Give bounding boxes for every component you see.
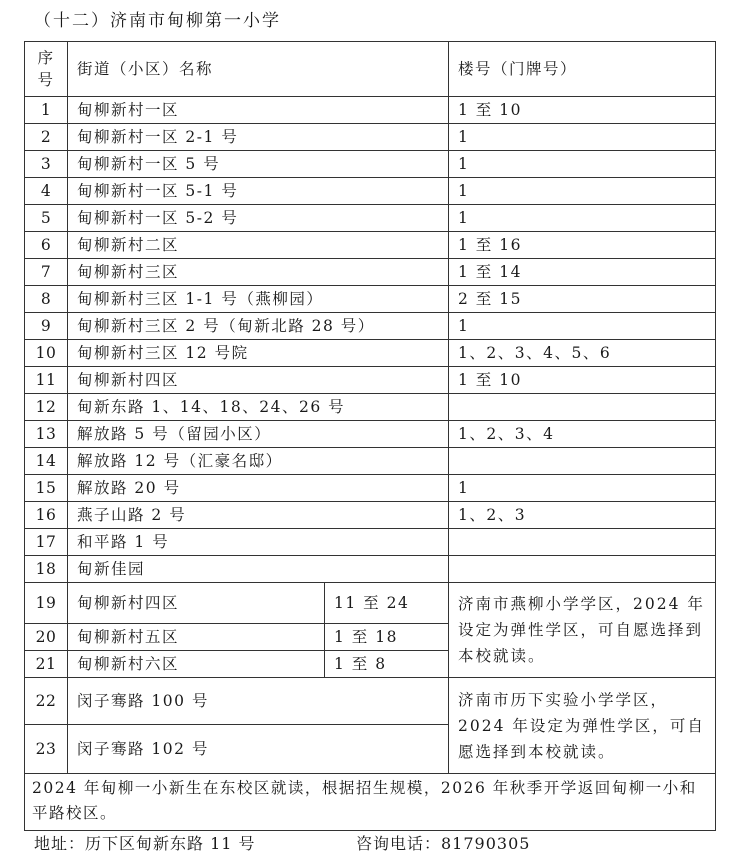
row-number: 1 至 16 (449, 232, 716, 259)
table-row: 14解放路 12 号（汇豪名邸） (25, 448, 716, 475)
row-name: 燕子山路 2 号 (68, 502, 449, 529)
table-row: 6甸柳新村二区1 至 16 (25, 232, 716, 259)
row-number: 1 (449, 313, 716, 340)
row-number: 1 (449, 151, 716, 178)
row-number (449, 448, 716, 475)
phone: 咨询电话：81790305 (356, 832, 530, 856)
row-index: 6 (25, 232, 68, 259)
row-index: 14 (25, 448, 68, 475)
table-row: 9甸柳新村三区 2 号（甸新北路 28 号）1 (25, 313, 716, 340)
row-number: 1 (449, 205, 716, 232)
table-row: 18甸新佳园 (25, 556, 716, 583)
table-row: 17和平路 1 号 (25, 529, 716, 556)
row-number: 1 至 10 (449, 367, 716, 394)
table-row: 19 甸柳新村四区 11 至 24 济南市燕柳小学学区，2024 年设定为弹性学… (25, 583, 716, 624)
row-number: 1 至 14 (449, 259, 716, 286)
row-index: 17 (25, 529, 68, 556)
row-number (449, 529, 716, 556)
row-index: 16 (25, 502, 68, 529)
row-name: 解放路 12 号（汇豪名邸） (68, 448, 449, 475)
row-name: 甸柳新村三区 (68, 259, 449, 286)
row-number: 1 (449, 124, 716, 151)
address: 地址：历下区甸新东路 11 号 (34, 834, 256, 853)
row-name: 甸柳新村五区 (68, 624, 325, 651)
table-header-row: 序号 街道（小区）名称 楼号（门牌号） (25, 42, 716, 97)
row-name: 甸柳新村三区 2 号（甸新北路 28 号） (68, 313, 449, 340)
row-number: 1、2、3、4、5、6 (449, 340, 716, 367)
section-title: （十二）济南市甸柳第一小学 (34, 8, 281, 34)
table-row: 15解放路 20 号1 (25, 475, 716, 502)
row-name: 甸柳新村二区 (68, 232, 449, 259)
row-index: 12 (25, 394, 68, 421)
row-index: 19 (25, 583, 68, 624)
table-row: 4甸柳新村一区 5-1 号1 (25, 178, 716, 205)
row-index: 18 (25, 556, 68, 583)
row-index: 13 (25, 421, 68, 448)
row-name: 甸柳新村三区 1-1 号（燕柳园） (68, 286, 449, 313)
row-name: 甸柳新村一区 5 号 (68, 151, 449, 178)
row-index: 23 (25, 725, 68, 774)
row-name: 甸新东路 1、14、18、24、26 号 (68, 394, 449, 421)
school-zone-table: 序号 街道（小区）名称 楼号（门牌号） 1甸柳新村一区1 至 10 2甸柳新村一… (24, 41, 716, 831)
row-index: 5 (25, 205, 68, 232)
row-name: 甸柳新村一区 2-1 号 (68, 124, 449, 151)
row-name: 甸柳新村一区 5-2 号 (68, 205, 449, 232)
row-number: 11 至 24 (325, 583, 449, 624)
row-number (449, 394, 716, 421)
row-name: 和平路 1 号 (68, 529, 449, 556)
table-row: 2甸柳新村一区 2-1 号1 (25, 124, 716, 151)
row-name: 甸柳新村四区 (68, 583, 325, 624)
row-name: 闵子骞路 102 号 (68, 725, 449, 774)
row-number: 1、2、3 (449, 502, 716, 529)
row-name: 甸柳新村一区 (68, 97, 449, 124)
table-row: 11甸柳新村四区1 至 10 (25, 367, 716, 394)
row-name: 解放路 20 号 (68, 475, 449, 502)
table-row: 12甸新东路 1、14、18、24、26 号 (25, 394, 716, 421)
table-row: 3甸柳新村一区 5 号1 (25, 151, 716, 178)
row-index: 21 (25, 651, 68, 678)
row-index: 15 (25, 475, 68, 502)
row-name: 解放路 5 号（留园小区） (68, 421, 449, 448)
row-name: 甸柳新村三区 12 号院 (68, 340, 449, 367)
footnote: 2024 年甸柳一小新生在东校区就读，根据招生规模，2026 年秋季开学返回甸柳… (25, 774, 716, 831)
table-row: 16燕子山路 2 号1、2、3 (25, 502, 716, 529)
row-index: 1 (25, 97, 68, 124)
row-number: 1 至 18 (325, 624, 449, 651)
row-number: 1 (449, 178, 716, 205)
table-row: 7甸柳新村三区1 至 14 (25, 259, 716, 286)
row-name: 甸柳新村六区 (68, 651, 325, 678)
row-name: 甸柳新村一区 5-1 号 (68, 178, 449, 205)
row-name: 甸柳新村四区 (68, 367, 449, 394)
row-number: 1 至 8 (325, 651, 449, 678)
row-index: 11 (25, 367, 68, 394)
row-index: 2 (25, 124, 68, 151)
table-row: 10甸柳新村三区 12 号院1、2、3、4、5、6 (25, 340, 716, 367)
row-number: 2 至 15 (449, 286, 716, 313)
table-row: 1甸柳新村一区1 至 10 (25, 97, 716, 124)
row-index: 9 (25, 313, 68, 340)
row-number: 1 (449, 475, 716, 502)
row-number (449, 556, 716, 583)
table-row: 13解放路 5 号（留园小区）1、2、3、4 (25, 421, 716, 448)
flex-zone-note: 济南市燕柳小学学区，2024 年设定为弹性学区，可自愿选择到本校就读。 (449, 583, 716, 678)
row-number: 1、2、3、4 (449, 421, 716, 448)
row-index: 7 (25, 259, 68, 286)
row-index: 8 (25, 286, 68, 313)
row-number: 1 至 10 (449, 97, 716, 124)
contact-footer: 地址：历下区甸新东路 11 号 咨询电话：81790305 (34, 832, 256, 856)
table-row: 8甸柳新村三区 1-1 号（燕柳园）2 至 15 (25, 286, 716, 313)
row-index: 3 (25, 151, 68, 178)
table-row: 22 闵子骞路 100 号 济南市历下实验小学学区，2024 年设定为弹性学区，… (25, 678, 716, 725)
row-name: 闵子骞路 100 号 (68, 678, 449, 725)
header-name: 街道（小区）名称 (68, 42, 449, 97)
row-index: 22 (25, 678, 68, 725)
row-index: 20 (25, 624, 68, 651)
header-number: 楼号（门牌号） (449, 42, 716, 97)
footnote-row: 2024 年甸柳一小新生在东校区就读，根据招生规模，2026 年秋季开学返回甸柳… (25, 774, 716, 831)
table-row: 5甸柳新村一区 5-2 号1 (25, 205, 716, 232)
header-index: 序号 (25, 42, 68, 97)
flex-zone-note: 济南市历下实验小学学区，2024 年设定为弹性学区，可自愿选择到本校就读。 (449, 678, 716, 774)
row-name: 甸新佳园 (68, 556, 449, 583)
row-index: 10 (25, 340, 68, 367)
row-index: 4 (25, 178, 68, 205)
